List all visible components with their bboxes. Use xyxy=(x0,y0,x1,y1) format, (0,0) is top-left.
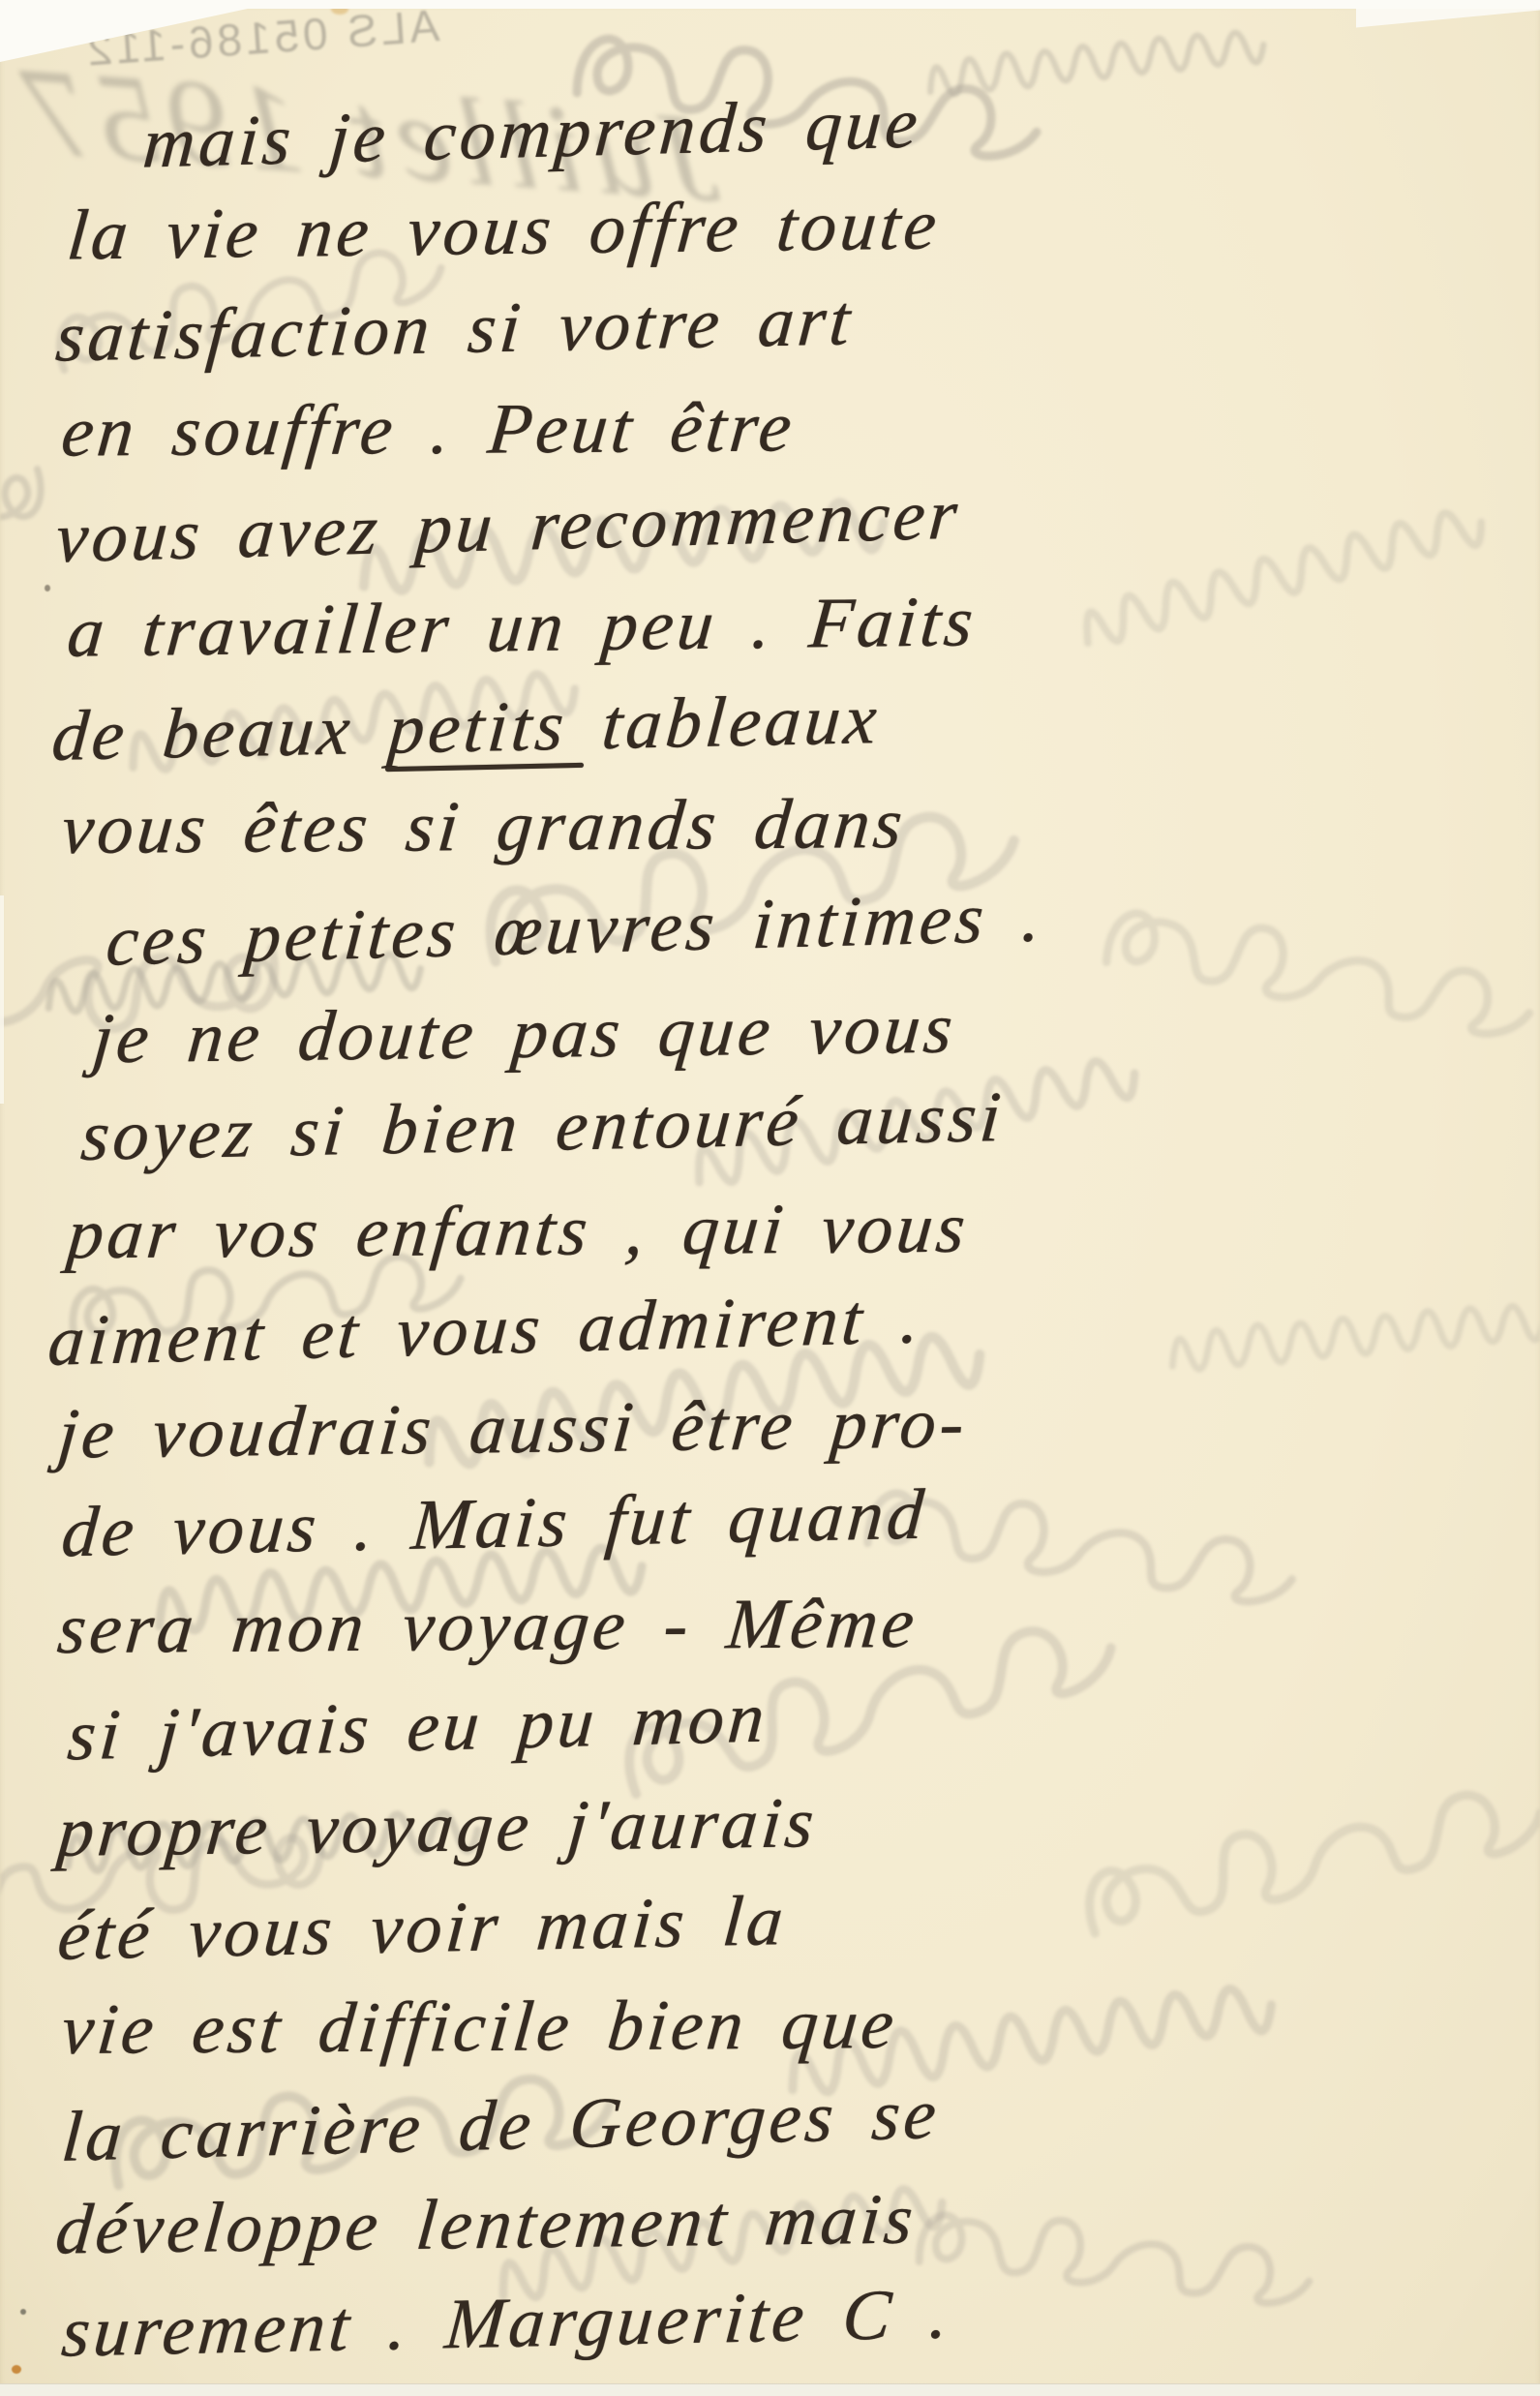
letter-line: vous êtes si grands dans xyxy=(58,783,910,871)
letter-line: je voudrais aussi être pro- xyxy=(54,1382,971,1476)
letter-line: satisfaction si votre art xyxy=(53,280,858,379)
letter-line: en souffre . Peut être xyxy=(58,386,799,473)
letter-line: par vos enfants , qui vous xyxy=(64,1188,973,1277)
letter-line: la carrière de Georges se xyxy=(59,2074,943,2179)
letter-line: propre voyage j'aurais xyxy=(54,1782,821,1874)
ink-speck xyxy=(45,585,50,591)
letter-line: mais je comprends que xyxy=(140,82,924,185)
letter-line: la vie ne vous offre toute xyxy=(64,184,944,277)
letter-line: vous avez pu recommencer xyxy=(53,474,964,581)
scanned-letter-page: ALS 05186-112 Juillet 1957 mais je compr… xyxy=(0,0,1540,2396)
letter-line: de vous . Mais fut quand xyxy=(59,1474,931,1575)
letter-body: mais je comprends que la vie ne vous off… xyxy=(0,0,1540,2396)
letter-line: aiment et vous admirent . xyxy=(45,1278,926,1383)
letter-line: je ne doute pas que vous xyxy=(89,988,959,1081)
letter-line: ces petites œuvres intimes . xyxy=(104,876,1047,984)
letter-line: a travailler un peu . Faits xyxy=(64,581,980,675)
letter-line: de beaux petits tableaux xyxy=(49,679,884,778)
letter-line: si j'avais eu pu mon xyxy=(65,1677,771,1777)
scanner-background-top xyxy=(0,0,1540,9)
letter-line: vie est difficile bien que xyxy=(58,1984,901,2072)
scanner-background-bottom xyxy=(0,2383,1540,2396)
letter-line: soyez si bien entouré aussi xyxy=(78,1077,1008,1178)
letter-line: développe lentement mais xyxy=(52,2179,920,2272)
ink-speck xyxy=(20,2309,26,2315)
letter-line: sera mon voyage - Même xyxy=(54,1583,921,1671)
foxing-spot xyxy=(12,2365,21,2374)
paper-edge-left xyxy=(0,895,4,1104)
letter-line signature-line: surement . Marguerite C . xyxy=(59,2273,955,2374)
letter-line: été vous voir mais la xyxy=(55,1880,790,1978)
